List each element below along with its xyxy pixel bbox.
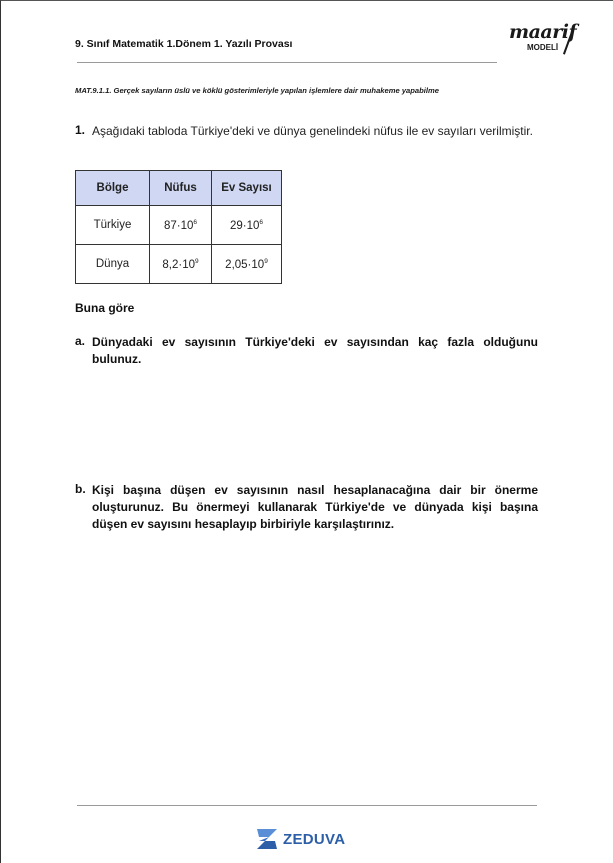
learning-outcome: MAT.9.1.1. Gerçek sayıların üslü ve kökl… [75, 86, 439, 95]
header-population: Nüfus [150, 171, 212, 206]
cell-houses: 2,05·109 [212, 245, 282, 284]
footer-divider [77, 805, 537, 806]
table-header-row: Bölge Nüfus Ev Sayısı [76, 171, 282, 206]
table-row: Dünya 8,2·109 2,05·109 [76, 245, 282, 284]
part-b-text: Kişi başına düşen ev sayısının nasıl hes… [92, 482, 538, 533]
header-region: Bölge [76, 171, 150, 206]
cell-region: Dünya [76, 245, 150, 284]
maarif-modeli-logo: maarif MODELİ [501, 19, 581, 63]
table-row: Türkiye 87·106 29·106 [76, 206, 282, 245]
population-table: Bölge Nüfus Ev Sayısı Türkiye 87·106 29·… [75, 170, 282, 284]
cell-region: Türkiye [76, 206, 150, 245]
part-b-label: b. [75, 482, 86, 496]
question-text: Aşağıdaki tabloda Türkiye'deki ve dünya … [92, 123, 538, 140]
header-divider [77, 62, 497, 63]
logo-sub-text: MODELİ [527, 43, 558, 52]
zeduva-z-icon [255, 828, 279, 850]
exam-title: 9. Sınıf Matematik 1.Dönem 1. Yazılı Pro… [75, 38, 292, 50]
part-a-text: Dünyadaki ev sayısının Türkiye'deki ev s… [92, 334, 538, 368]
zeduva-brand-text: ZEDUVA [283, 831, 345, 848]
zeduva-logo: ZEDUVA [255, 827, 345, 851]
question-lead: Buna göre [75, 301, 134, 315]
part-a-label: a. [75, 334, 85, 348]
cell-houses: 29·106 [212, 206, 282, 245]
logo-script-text: maarif [509, 21, 576, 43]
question-number: 1. [75, 123, 85, 137]
header-houses: Ev Sayısı [212, 171, 282, 206]
cell-population: 87·106 [150, 206, 212, 245]
cell-population: 8,2·109 [150, 245, 212, 284]
